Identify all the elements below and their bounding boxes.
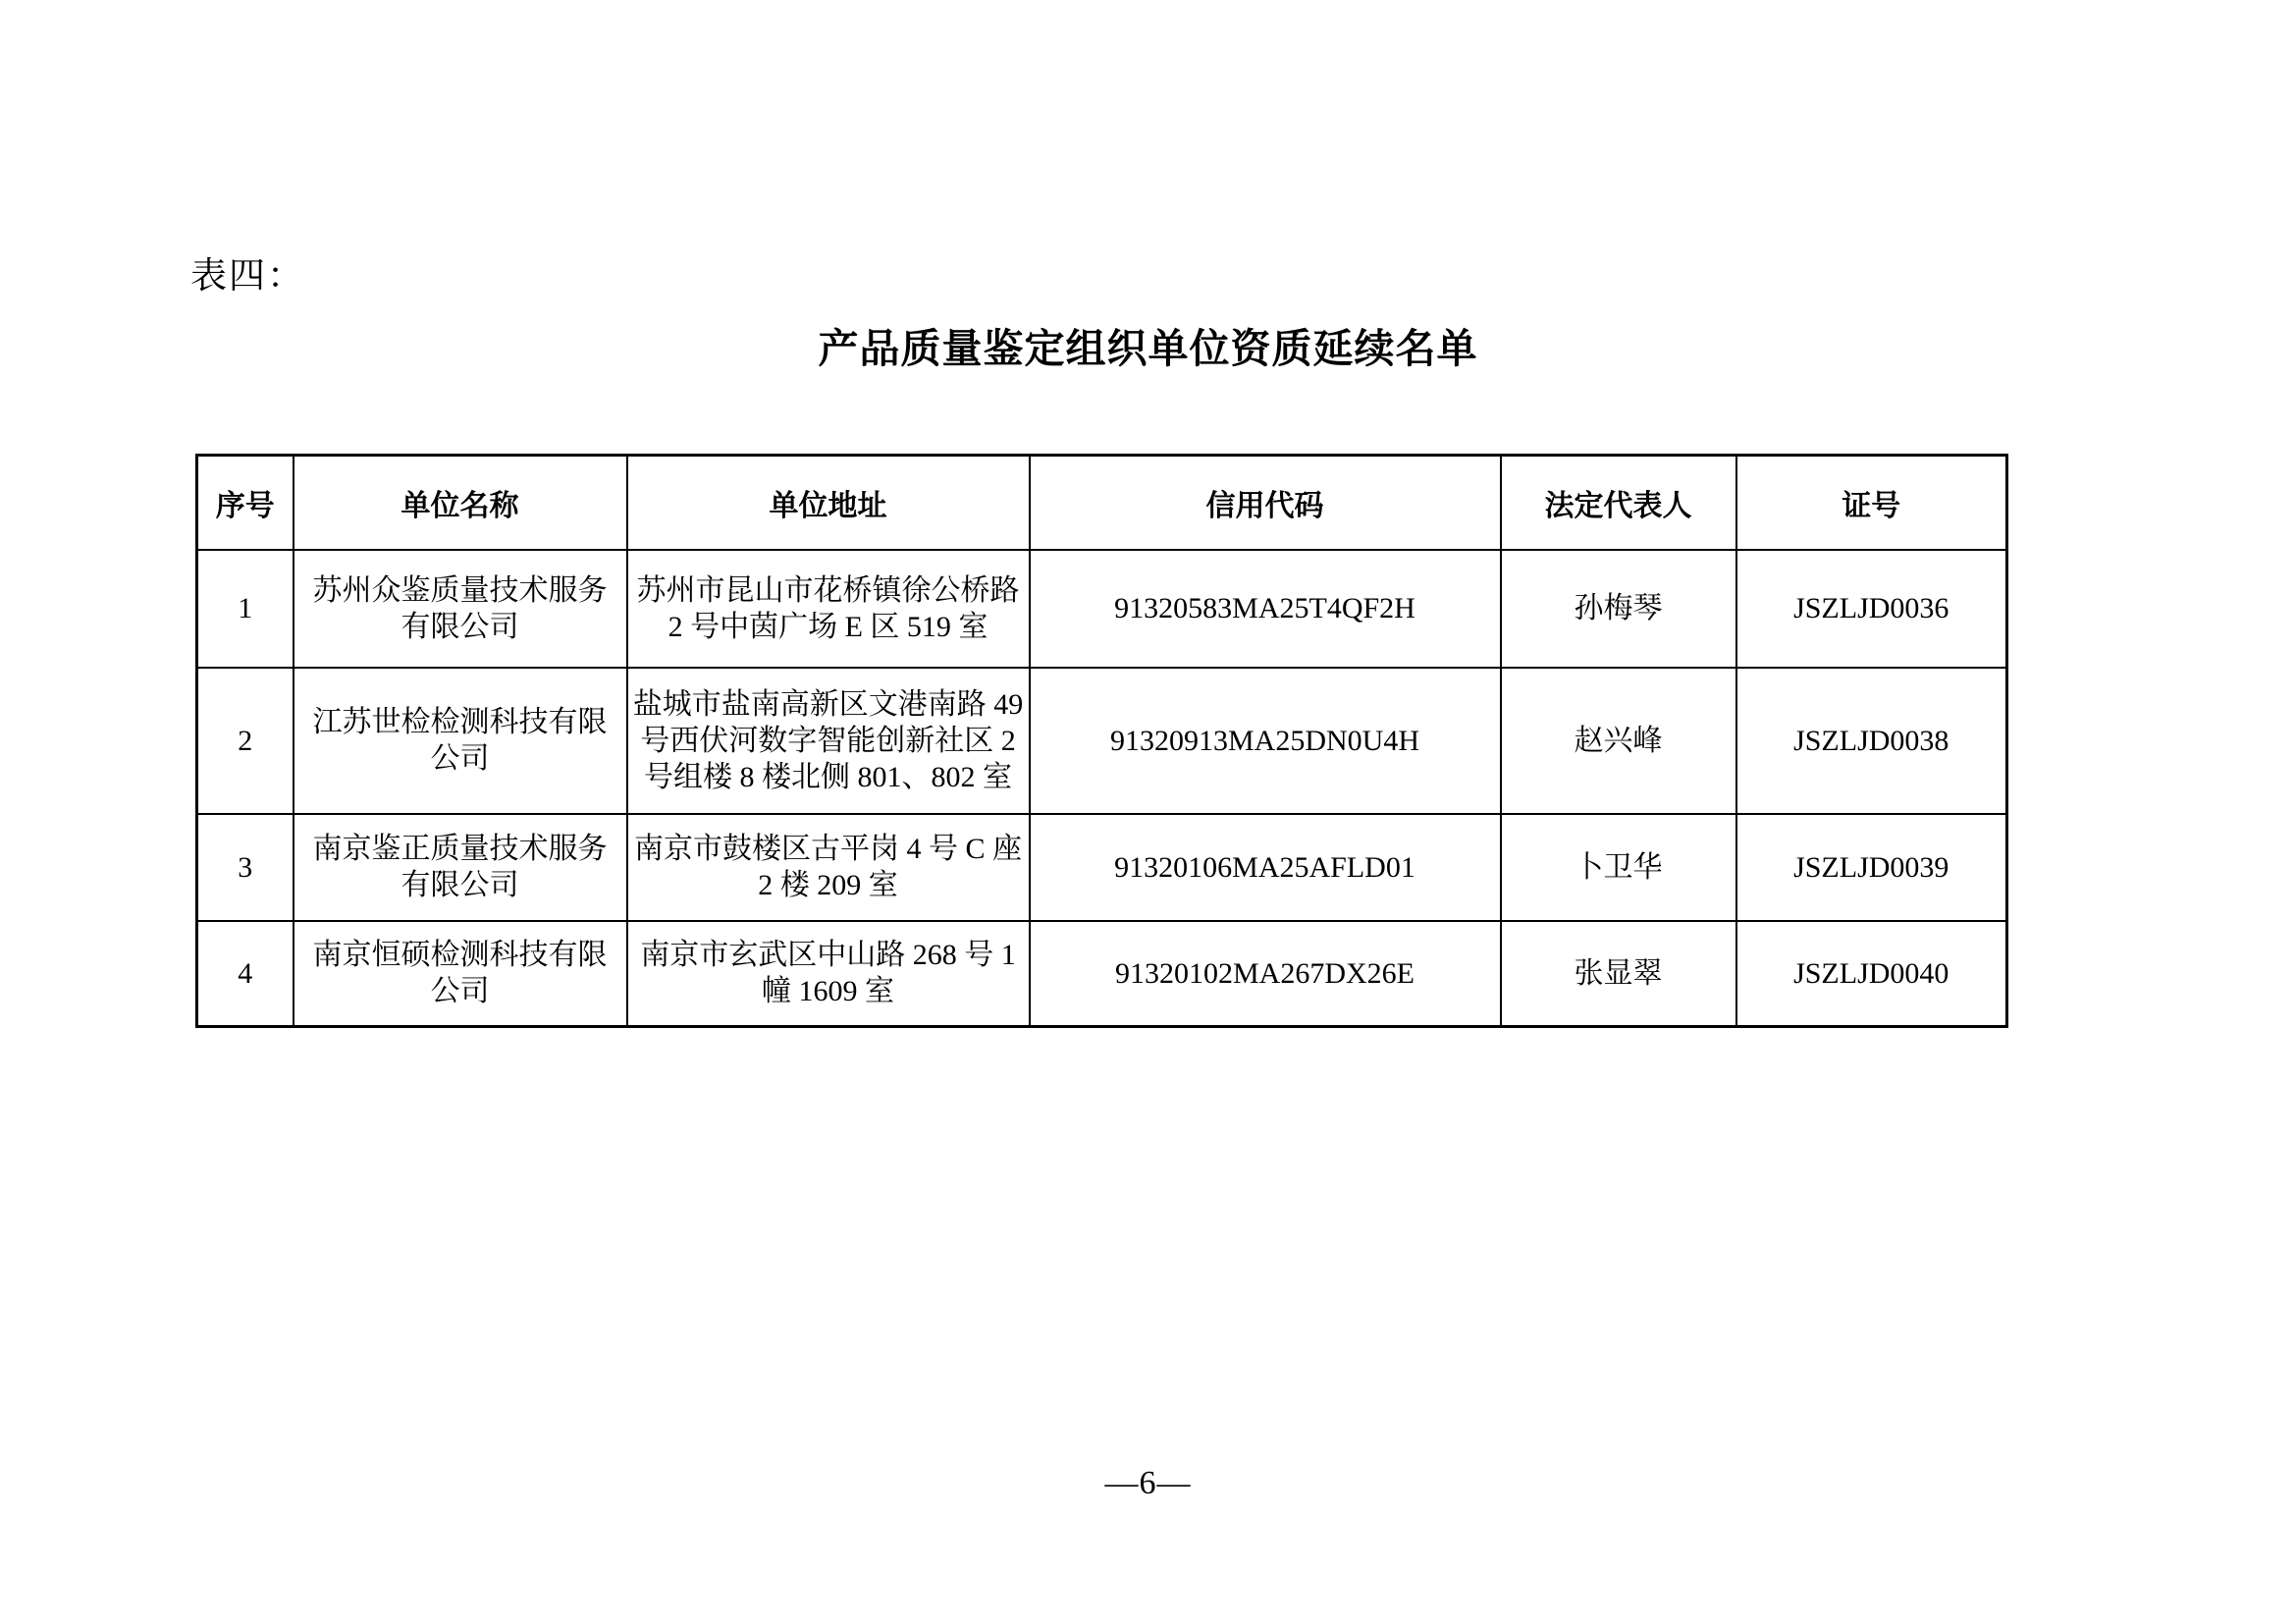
table-body: 1苏州众鉴质量技术服务有限公司苏州市昆山市花桥镇徐公桥路 2 号中茵广场 E 区… (197, 550, 2007, 1027)
cell-credit_code: 91320102MA267DX26E (1030, 921, 1501, 1027)
cell-legal_rep: 孙梅琴 (1501, 550, 1736, 668)
cell-legal_rep: 卜卫华 (1501, 814, 1736, 921)
cell-credit_code: 91320913MA25DN0U4H (1030, 668, 1501, 814)
table-label: 表四： (190, 245, 305, 298)
cell-credit_code: 91320583MA25T4QF2H (1030, 550, 1501, 668)
column-header-legal_rep: 法定代表人 (1501, 456, 1736, 550)
table-header-row: 序号单位名称单位地址信用代码法定代表人证号 (197, 456, 2007, 550)
column-header-cert_no: 证号 (1736, 456, 2007, 550)
column-header-credit_code: 信用代码 (1030, 456, 1501, 550)
cell-name: 苏州众鉴质量技术服务有限公司 (294, 550, 627, 668)
cell-credit_code: 91320106MA25AFLD01 (1030, 814, 1501, 921)
page-number: —6— (0, 1465, 2296, 1502)
page-title: 产品质量鉴定组织单位资质延续名单 (0, 316, 2296, 374)
table-row: 2江苏世检检测科技有限公司盐城市盐南高新区文港南路 49 号西伏河数字智能创新社… (197, 668, 2007, 814)
cell-legal_rep: 张显翠 (1501, 921, 1736, 1027)
cell-address: 盐城市盐南高新区文港南路 49 号西伏河数字智能创新社区 2 号组楼 8 楼北侧… (627, 668, 1030, 814)
cell-seq: 4 (197, 921, 294, 1027)
cell-seq: 3 (197, 814, 294, 921)
cell-legal_rep: 赵兴峰 (1501, 668, 1736, 814)
cell-address: 南京市玄武区中山路 268 号 1 幢 1609 室 (627, 921, 1030, 1027)
cell-name: 南京恒硕检测科技有限公司 (294, 921, 627, 1027)
cell-cert_no: JSZLJD0036 (1736, 550, 2007, 668)
cell-cert_no: JSZLJD0039 (1736, 814, 2007, 921)
cell-cert_no: JSZLJD0038 (1736, 668, 2007, 814)
cell-seq: 1 (197, 550, 294, 668)
document-page: 表四： 产品质量鉴定组织单位资质延续名单 序号单位名称单位地址信用代码法定代表人… (0, 0, 2296, 1624)
cell-address: 南京市鼓楼区古平岗 4 号 C 座 2 楼 209 室 (627, 814, 1030, 921)
column-header-name: 单位名称 (294, 456, 627, 550)
cell-seq: 2 (197, 668, 294, 814)
roster-table: 序号单位名称单位地址信用代码法定代表人证号 1苏州众鉴质量技术服务有限公司苏州市… (195, 454, 2008, 1028)
column-header-address: 单位地址 (627, 456, 1030, 550)
column-header-seq: 序号 (197, 456, 294, 550)
cell-name: 江苏世检检测科技有限公司 (294, 668, 627, 814)
cell-name: 南京鉴正质量技术服务有限公司 (294, 814, 627, 921)
table-row: 4南京恒硕检测科技有限公司南京市玄武区中山路 268 号 1 幢 1609 室9… (197, 921, 2007, 1027)
table-row: 3南京鉴正质量技术服务有限公司南京市鼓楼区古平岗 4 号 C 座 2 楼 209… (197, 814, 2007, 921)
cell-cert_no: JSZLJD0040 (1736, 921, 2007, 1027)
table-row: 1苏州众鉴质量技术服务有限公司苏州市昆山市花桥镇徐公桥路 2 号中茵广场 E 区… (197, 550, 2007, 668)
cell-address: 苏州市昆山市花桥镇徐公桥路 2 号中茵广场 E 区 519 室 (627, 550, 1030, 668)
